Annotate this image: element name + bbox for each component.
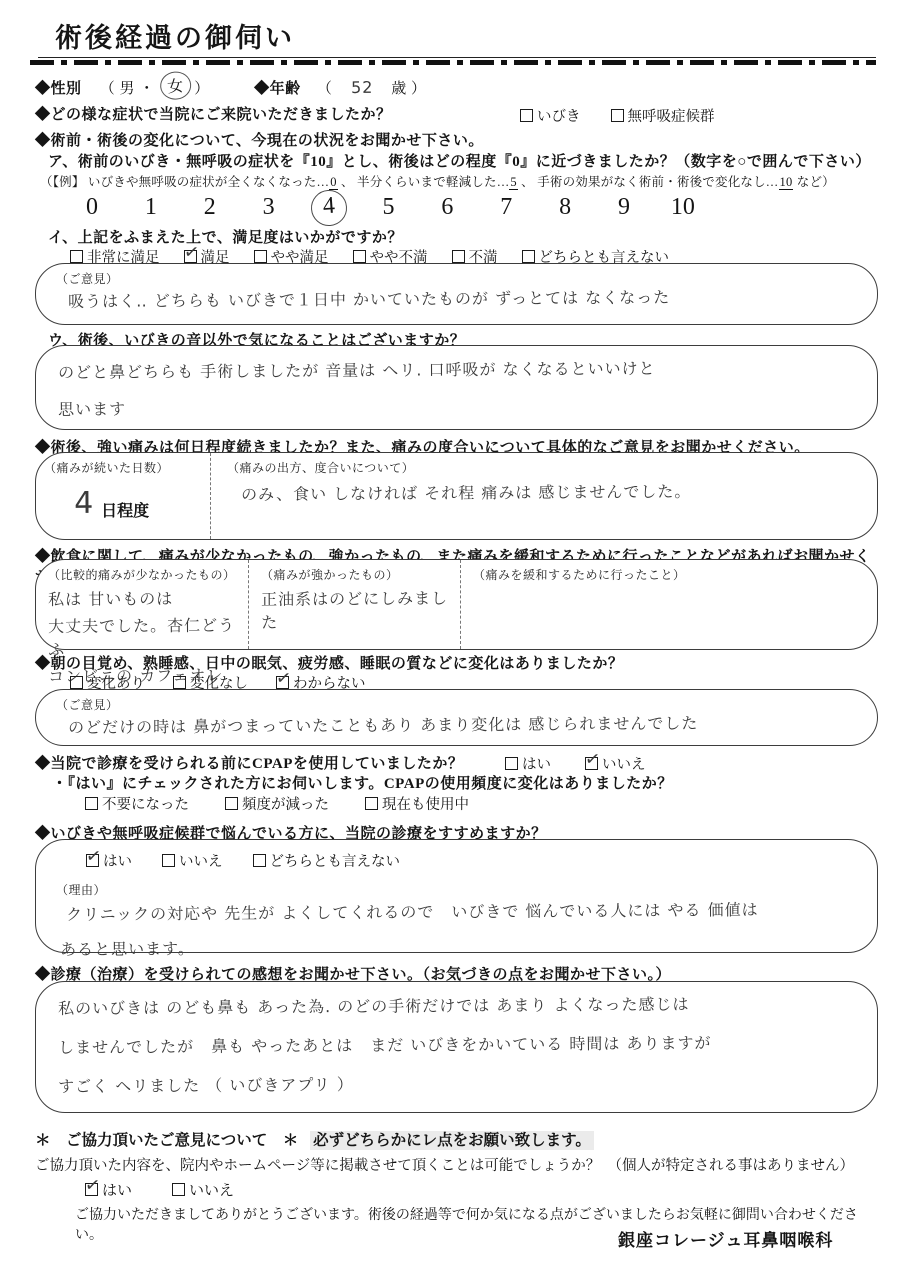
cpap-sub-options: 不要になった 頻度が減った 現在も使用中	[85, 793, 878, 814]
impression-line-2: しませんでしたが 鼻も やったあとは まだ いびきをかいている 時間は あります…	[58, 1029, 855, 1058]
option-snoring: いびき	[520, 105, 581, 126]
age-field: （ 52 歳 ）	[317, 81, 427, 97]
option-label: いいえ	[189, 1179, 234, 1200]
checkbox-icon	[276, 676, 289, 689]
option-publish-no: いいえ	[172, 1179, 234, 1200]
impression-line-3: すごく ヘリました （ いびきアプリ ）	[58, 1068, 855, 1097]
option-cpap-yes: はい	[505, 753, 551, 774]
option-label: 無呼吸症候群	[628, 105, 715, 126]
pain-days-unit: 日程度	[101, 498, 149, 521]
symptom-question: ◆どの様な症状で当院にご来院いただきましたか？	[35, 107, 392, 123]
checkbox-icon	[70, 676, 83, 689]
scale-number-1: 1	[134, 190, 168, 224]
age-unit: 歳 ）	[391, 81, 426, 97]
checkbox-icon	[585, 757, 598, 770]
scale-number-3: 3	[252, 190, 286, 224]
food-more-pain-line-1: 正油系はのどにしみました	[261, 586, 450, 633]
change-question-a: ア、術前のいびき・無呼吸の症状を『10』とし、術後はどの程度『0』に近づきました…	[48, 150, 878, 171]
sleep-question: ◆朝の目覚め、熟睡感、日中の眠気、疲労感、睡眠の質などに変化はありましたか？	[35, 652, 878, 673]
scale-number-7: 7	[489, 190, 523, 224]
scale-number-10: 10	[666, 190, 700, 224]
option-cpap-no: いいえ	[585, 753, 646, 774]
pain-answer-box: （痛みが続いた日数） 4 日程度 （痛みの出方、度合いについて） のみ、食い し…	[35, 452, 878, 540]
gender-selected-circle: 女	[159, 70, 192, 101]
cpap-options: はい いいえ	[505, 753, 646, 774]
age-label: ◆年齢	[254, 81, 301, 97]
pain-days-column: （痛みが続いた日数） 4 日程度	[36, 453, 211, 539]
food-column-label: （比較的痛みが少なかったもの）	[48, 566, 238, 583]
option-label: はい	[102, 1179, 132, 1200]
checkbox-icon	[85, 1183, 98, 1196]
age-paren-open: （	[317, 81, 333, 97]
scale-number-2: 2	[193, 190, 227, 224]
checkbox-icon	[365, 797, 378, 810]
option-label: はい	[522, 753, 551, 774]
rating-scale: 0 1 2 3 4 5 6 7 8 9 10	[75, 190, 700, 226]
option-label: 現在も使用中	[382, 793, 469, 814]
example-value-5: 5	[509, 175, 517, 190]
option-recommend-neither: どちらとも言えない	[253, 850, 401, 871]
concerns-line-1: のどと鼻どちらも 手術しましたが 音量は ヘリ. 口呼吸が なくなるといいけと	[58, 354, 857, 383]
checkbox-icon	[254, 250, 267, 263]
option-reduced-frequency: 頻度が減った	[225, 793, 329, 814]
symptom-options: いびき 無呼吸症候群	[520, 105, 715, 126]
example-value-10: 10	[779, 175, 794, 190]
checkbox-icon	[70, 250, 83, 263]
gender-options: （ 男 ・ 女 ）	[100, 81, 214, 97]
option-label: いいえ	[602, 753, 646, 774]
reason-line-1: クリニックの対応や 先生が よくしてくれるので いびきで 悩んでいる人には やる…	[66, 896, 857, 925]
footer-note-strong: 必ずどちらかにレ点をお願い致します。	[310, 1131, 594, 1150]
reason-label: （理由）	[56, 881, 857, 898]
checkbox-icon	[505, 757, 518, 770]
food-answer-box: （比較的痛みが少なかったもの） 私は 甘いものは 大丈夫でした。杏仁どうふ コン…	[35, 559, 878, 650]
checkbox-icon	[253, 854, 266, 867]
food-column-less-pain: （比較的痛みが少なかったもの） 私は 甘いものは 大丈夫でした。杏仁どうふ コン…	[36, 560, 248, 649]
satisfaction-question: イ、上記をふまえた上で、満足度はいかがですか？	[48, 226, 878, 247]
checkbox-icon	[184, 250, 197, 263]
pain-days-label: （痛みが続いた日数）	[44, 459, 210, 476]
checkbox-icon	[353, 250, 366, 263]
cpap-row: ◆当院で診療を受けられる前にCPAPを使用していましたか？ はい いいえ	[35, 752, 878, 773]
footer-note-head: ＊ ご協力頂いたご意見について ＊	[35, 1132, 298, 1149]
cpap-sub-question: ・『はい』にチェックされた方にお伺いします。CPAPの使用頻度に変化はありました…	[52, 772, 878, 793]
option-label: はい	[103, 850, 132, 871]
concerns-line-2: 思います	[58, 391, 857, 420]
checkbox-icon	[85, 797, 98, 810]
gender-male-option: （ 男 ・	[100, 81, 155, 97]
sleep-comment-handwritten: のどだけの時は 鼻がつまっていたこともあり あまり変化は 感じられませんでした	[68, 709, 857, 738]
concerns-answer-box: のどと鼻どちらも 手術しましたが 音量は ヘリ. 口呼吸が なくなるといいけと …	[35, 345, 878, 430]
checkbox-icon	[86, 854, 99, 867]
example-text: 、 手術の効果がなく術前・術後で変化なし…	[518, 175, 779, 189]
reason-line-2: あると思います。	[60, 931, 857, 960]
dash-dot-divider	[30, 60, 876, 65]
form-title: 術後経過の御伺い	[55, 16, 878, 55]
checkbox-icon	[162, 854, 175, 867]
example-text: （【例】 いびきや無呼吸の症状が全くなくなった…	[40, 175, 329, 189]
pain-detail-handwritten: のみ、食い しなければ それ程 痛みは 感じませんでした。	[241, 478, 863, 505]
option-recommend-yes: はい	[86, 850, 132, 871]
option-apnea: 無呼吸症候群	[611, 105, 715, 126]
checkbox-icon	[520, 109, 533, 122]
pain-detail-label: （痛みの出方、度合いについて）	[227, 459, 863, 476]
option-label: 頻度が減った	[242, 793, 329, 814]
checkbox-icon	[522, 250, 535, 263]
sleep-comment-box: （ご意見） のどだけの時は 鼻がつまっていたこともあり あまり変化は 感じられま…	[35, 689, 878, 746]
gender-label: ◆性別	[35, 81, 82, 97]
checkbox-icon	[225, 797, 238, 810]
example-value-0: 0	[329, 175, 337, 190]
option-still-using: 現在も使用中	[365, 793, 469, 814]
food-column-label: （痛みが強かったもの）	[261, 566, 450, 583]
option-recommend-no: いいえ	[162, 850, 223, 871]
recommend-options: はい いいえ どちらとも言えない	[86, 850, 857, 871]
scale-number-9: 9	[607, 190, 641, 224]
scanned-questionnaire-page: 術後経過の御伺い ◆性別 （ 男 ・ 女 ） ◆年齢 （ 52 歳 ） ◆どの様…	[0, 0, 900, 1272]
food-column-more-pain: （痛みが強かったもの） 正油系はのどにしみました	[248, 560, 460, 649]
pain-detail-column: （痛みの出方、度合いについて） のみ、食い しなければ それ程 痛みは 感じませ…	[211, 453, 877, 539]
scale-number-6: 6	[430, 190, 464, 224]
food-column-relief: （痛みを緩和するために行ったこと）	[460, 560, 877, 649]
option-no-longer-needed: 不要になった	[85, 793, 189, 814]
scale-number-0: 0	[75, 190, 109, 224]
scale-number-5: 5	[371, 190, 405, 224]
option-label: いびき	[537, 105, 581, 126]
checkbox-icon	[452, 250, 465, 263]
example-text: など）	[793, 175, 834, 189]
pain-days-handwritten: 4	[74, 486, 93, 521]
age-value-handwritten: 52	[351, 78, 373, 97]
checkbox-icon	[172, 1183, 185, 1196]
satisfaction-comment-handwritten: 吸うはく‥ どちらも いびきで１日中 かいていたものが ずっとては なくなった	[68, 283, 857, 312]
impression-line-1: 私のいびきは のども鼻も あった為. のどの手術だけでは あまり よくなった感じ…	[58, 990, 855, 1019]
publish-options: はい いいえ	[85, 1179, 878, 1200]
food-column-label: （痛みを緩和するために行ったこと）	[473, 566, 867, 583]
impression-answer-box: 私のいびきは のども鼻も あった為. のどの手術だけでは あまり よくなった感じ…	[35, 981, 878, 1113]
cpap-question: ◆当院で診療を受けられる前にCPAPを使用していましたか？	[35, 756, 463, 772]
example-text: 、 半分くらいまで軽減した…	[338, 175, 510, 189]
option-label: どちらとも言えない	[270, 850, 401, 871]
clinic-name: 銀座コレージュ耳鼻咽喉科	[618, 1226, 878, 1251]
checkbox-icon	[611, 109, 624, 122]
scale-number-4-circled: 4	[309, 189, 347, 227]
publish-question: ご協力頂いた内容を、院内やホームページ等に掲載させて頂くことは可能でしょうか？ …	[35, 1154, 878, 1175]
checkbox-icon	[173, 676, 186, 689]
symptom-row: ◆どの様な症状で当院にご来院いただきましたか？ いびき 無呼吸症候群	[35, 103, 878, 124]
satisfaction-comment-box: （ご意見） 吸うはく‥ どちらも いびきで１日中 かいていたものが ずっとては …	[35, 263, 878, 325]
profile-row: ◆性別 （ 男 ・ 女 ） ◆年齢 （ 52 歳 ）	[35, 73, 878, 101]
option-label: 不要になった	[102, 793, 189, 814]
option-label: いいえ	[179, 850, 223, 871]
recommend-answer-box: はい いいえ どちらとも言えない （理由） クリニックの対応や 先生が よくして…	[35, 839, 878, 953]
food-less-pain-line-1: 私は 甘いものは	[48, 586, 238, 610]
option-publish-yes: はい	[85, 1179, 132, 1200]
pain-days-value-row: 4 日程度	[74, 486, 210, 521]
gender-paren-close: ）	[194, 81, 210, 97]
scale-number-8: 8	[548, 190, 582, 224]
title-underline	[38, 57, 876, 58]
change-heading: ◆術前・術後の変化について、今現在の状況をお聞かせ下さい。	[35, 129, 878, 150]
change-example: （【例】 いびきや無呼吸の症状が全くなくなった…0 、 半分くらいまで軽減した……	[40, 172, 878, 190]
footer-note: ＊ ご協力頂いたご意見について ＊ 必ずどちらかにレ点をお願い致します。	[35, 1128, 878, 1150]
